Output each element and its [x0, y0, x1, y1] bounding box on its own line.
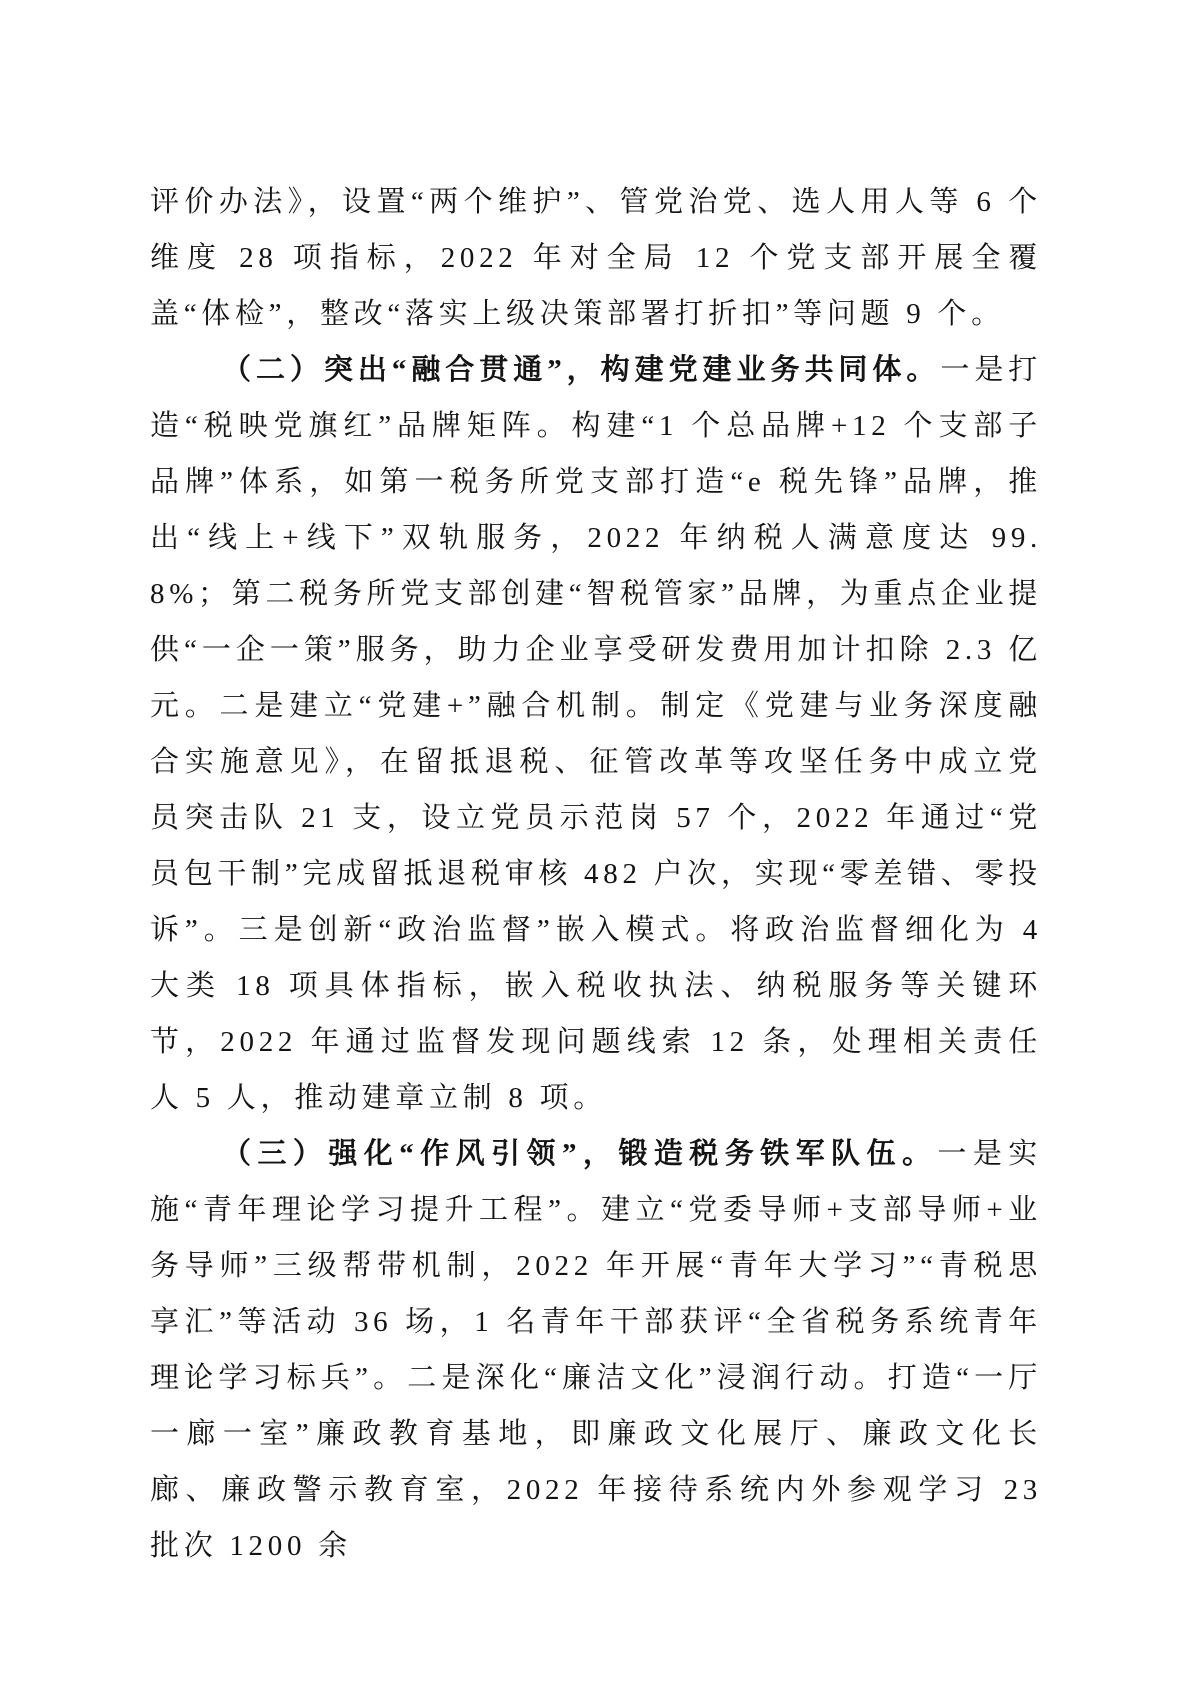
- paragraph-section-2: （二）突出“融合贯通”，构建党建业务共同体。一是打造“税映党旗红”品牌矩阵。构建…: [150, 342, 1042, 1126]
- paragraph-continuation: 评价办法》，设置“两个维护”、管党治党、选人用人等 6 个维度 28 项指标，2…: [150, 174, 1042, 342]
- section-heading: （二）突出“融合贯通”，构建党建业务共同体。: [222, 354, 940, 386]
- document-page: 评价办法》，设置“两个维护”、管党治党、选人用人等 6 个维度 28 项指标，2…: [0, 0, 1190, 1683]
- paragraph-text: 一是打造“税映党旗红”品牌矩阵。构建“1 个总品牌+12 个支部子品牌”体系，如…: [150, 354, 1042, 1114]
- paragraph-text: 一是实施“青年理论学习提升工程”。建立“党委导师+支部导师+业务导师”三级帮带机…: [150, 1138, 1042, 1562]
- paragraph-text: 评价办法》，设置“两个维护”、管党治党、选人用人等 6 个维度 28 项指标，2…: [150, 186, 1042, 330]
- section-heading: （三）强化“作风引领”，锻造税务铁军队伍。: [222, 1138, 937, 1170]
- paragraph-section-3: （三）强化“作风引领”，锻造税务铁军队伍。一是实施“青年理论学习提升工程”。建立…: [150, 1126, 1042, 1574]
